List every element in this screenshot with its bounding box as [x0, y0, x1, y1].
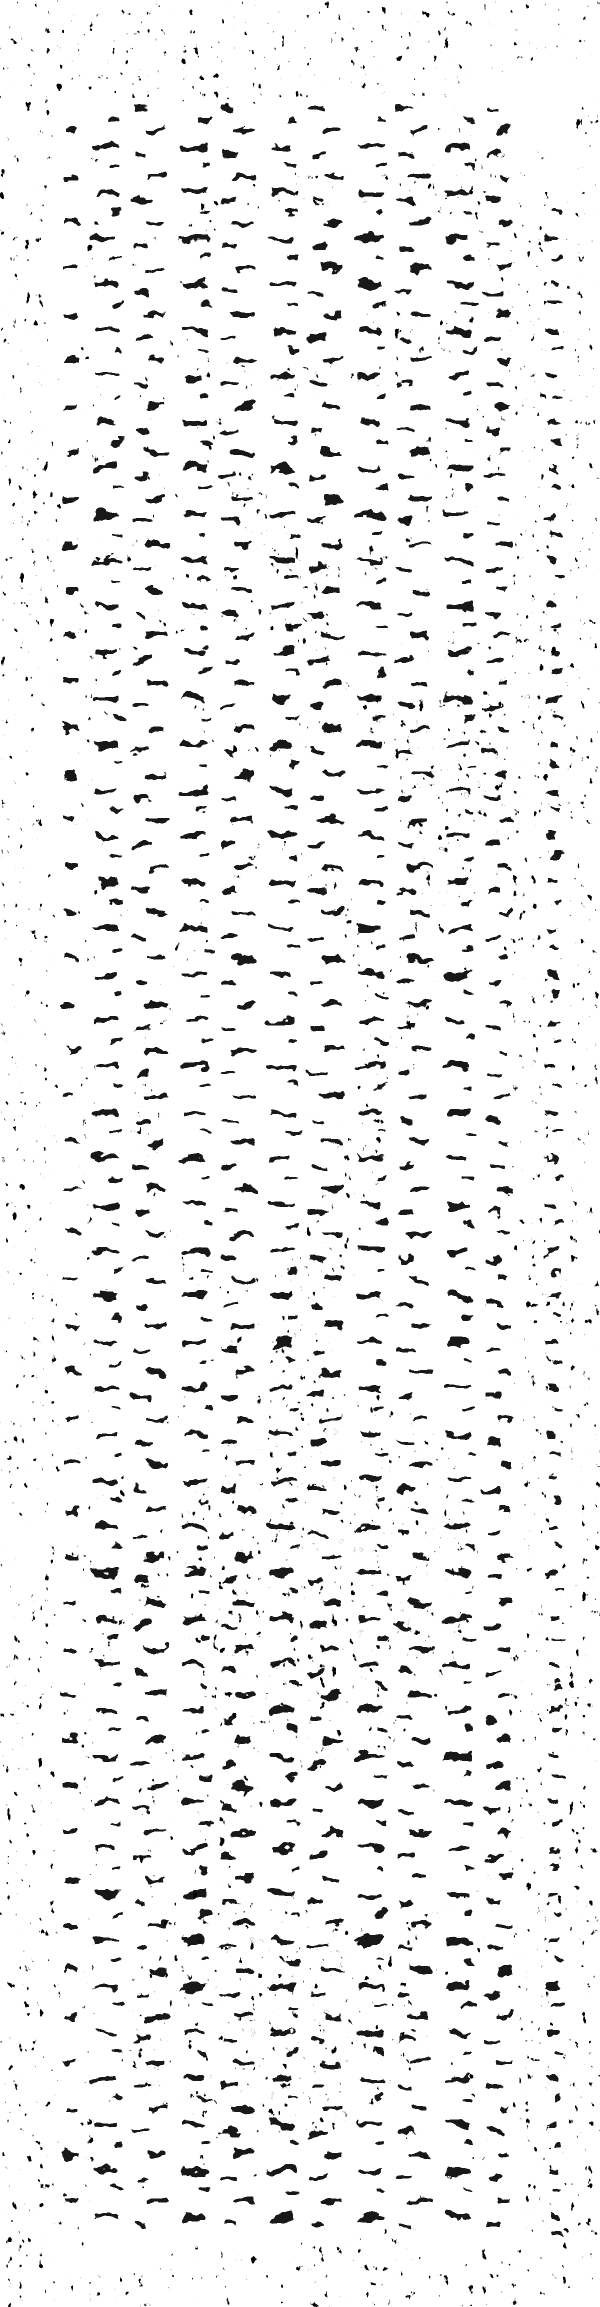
right-inner-column [529, 168, 537, 2306]
woodcut-ornament-panel: Engraved foliate border ornament [0, 0, 600, 2307]
ink-speck [144, 2186, 156, 2198]
ornament-canvas [0, 0, 600, 2307]
ink-speck [389, 126, 401, 138]
ink-speck [205, 141, 215, 151]
ink-speck [293, 118, 307, 132]
right-outer-column [559, 100, 600, 2307]
left-inner-speckle-column-top [90, 150, 94, 560]
